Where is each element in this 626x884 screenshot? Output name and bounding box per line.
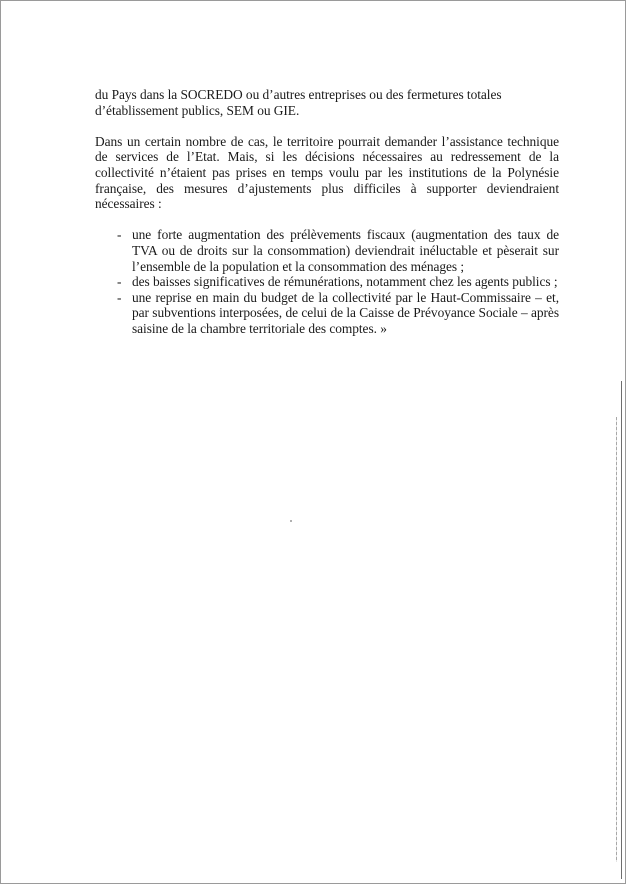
paragraph-assistance: Dans un certain nombre de cas, le territ…: [95, 134, 559, 212]
document-page: du Pays dans la SOCREDO ou d’autres entr…: [0, 0, 626, 884]
paragraph-continuation: du Pays dans la SOCREDO ou d’autres entr…: [95, 87, 559, 118]
list-item: - une forte augmentation des prélèvement…: [95, 227, 559, 274]
dash-bullet-icon: -: [117, 290, 121, 306]
scan-edge-line: [621, 381, 622, 879]
list-item-text: une forte augmentation des prélèvements …: [132, 227, 559, 273]
scan-artifact-line: [616, 417, 617, 862]
list-item: - des baisses significatives de rémunéra…: [95, 274, 559, 290]
list-item: - une reprise en main du budget de la co…: [95, 290, 559, 337]
dash-bullet-icon: -: [117, 274, 121, 290]
scan-speck: [290, 520, 292, 522]
page-content: du Pays dans la SOCREDO ou d’autres entr…: [95, 87, 559, 337]
adjustment-measures-list: - une forte augmentation des prélèvement…: [95, 227, 559, 336]
list-item-text: des baisses significatives de rémunérati…: [132, 274, 558, 289]
dash-bullet-icon: -: [117, 227, 121, 243]
list-item-text: une reprise en main du budget de la coll…: [132, 290, 559, 336]
